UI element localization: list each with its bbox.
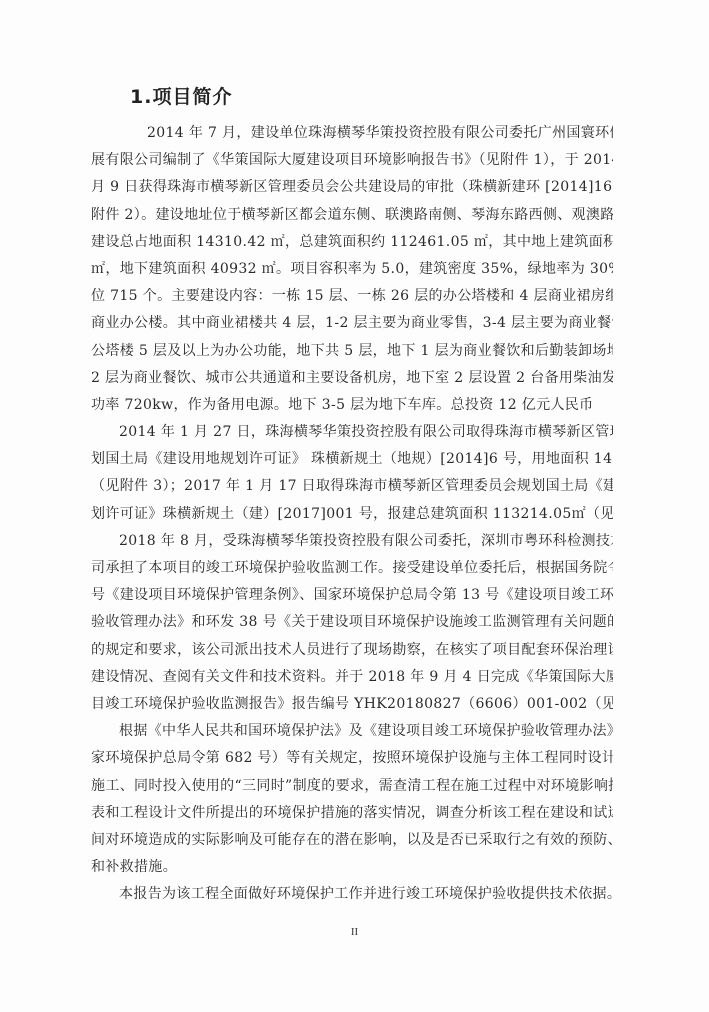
text-line: 建设情况、查阅有关文件和技术资料。并于 2018 年 9 月 4 日完成《华策国… [91,664,613,691]
text-line: 表和工程设计文件所提出的环境保护措施的落实情况，调查分析该工程在建设和试运行期 [91,800,613,827]
text-line: 划许可证》珠横新规土（建）[2017]001 号，报建总建筑面积 113214.… [91,501,613,528]
document-body: 2014 年 7 月，建设单位珠海横琴华策投资控股有限公司委托广州国寰环保科技发… [91,120,613,908]
text-line: 2014 年 7 月，建设单位珠海横琴华策投资控股有限公司委托广州国寰环保科技发 [91,120,613,147]
text-line: 家环境保护总局令第 682 号）等有关规定，按照环境保护设施与主体工程同时设计、… [91,745,613,772]
text-line: 2 层为商业餐饮、城市公共通道和主要设备机房，地下室 2 层设置 2 台备用柴油… [91,365,613,392]
text-line: 附件 2）。建设地址位于横琴新区都会道东侧、联澳路南侧、琴海东路西侧、观澳路北侧… [91,202,613,229]
text-line: 展有限公司编制了《华策国际大厦建设项目环境影响报告书》（见附件 1），于 201… [91,147,613,174]
text-line: 间对环境造成的实际影响及可能存在的潜在影响，以及是否已采取行之有效的预防、减缓 [91,827,613,854]
text-line: 功率 720kw，作为备用电源。地下 3-5 层为地下车库。总投资 12 亿元人… [91,392,613,419]
text-line: 司承担了本项目的竣工环境保护验收监测工作。接受建设单位委托后，根据国务院令第 2… [91,555,613,582]
text-line: 验收管理办法》和环发 38 号《关于建设项目环境保护设施竣工监测管理有关问题的通… [91,609,613,636]
paragraph-acceptance-monitoring: 2018 年 8 月，受珠海横琴华策投资控股有限公司委托，深圳市粤环科检测技术有… [91,528,613,718]
text-line: 本报告为该工程全面做好环境保护工作并进行竣工环境保护验收提供技术依据。 [91,881,613,908]
text-line: 目竣工环境保护验收监测报告》报告编号 YHK20180827（6606）001-… [91,691,613,718]
text-line: 建设总占地面积 14310.42 ㎡，总建筑面积约 112461.05 ㎡，其中… [91,229,613,256]
text-line: 施工、同时投入使用的“三同时”制度的要求，需查清工程在施工过程中对环境影响报告 [91,773,613,800]
text-line: （见附件 3）；2017 年 1 月 17 日取得珠海市横琴新区管理委员会规划国… [91,473,613,500]
page-number: II [0,926,709,938]
text-line: 2018 年 8 月，受珠海横琴华策投资控股有限公司委托，深圳市粤环科检测技术有… [91,528,613,555]
text-line: 划国土局《建设用地规划许可证》 珠横新规土（地规）[2014]6 号，用地面积 … [91,446,613,473]
text-line: 号《建设项目环境保护管理条例》、国家环境保护总局令第 13 号《建设项目竣工环境… [91,582,613,609]
paragraph-planning-permits: 2014 年 1 月 27 日，珠海横琴华策投资控股有限公司取得珠海市横琴新区管… [91,419,613,528]
text-line: 月 9 日获得珠海市横琴新区管理委员会公共建设局的审批（珠横新建环 [2014]… [91,174,613,201]
paragraph-report-purpose: 本报告为该工程全面做好环境保护工作并进行竣工环境保护验收提供技术依据。 [91,881,613,908]
text-line: ㎡，地下建筑面积 40932 ㎡。项目容积率为 5.0，建筑密度 35%，绿地率… [91,256,613,283]
text-line: 商业办公楼。其中商业裙楼共 4 层，1-2 层主要为商业零售，3-4 层主要为商… [91,310,613,337]
text-line: 和补救措施。 [91,854,613,881]
text-line: 的规定和要求，该公司派出技术人员进行了现场勘察，在核实了项目配套环保治理设施的 [91,637,613,664]
text-line: 公塔楼 5 层及以上为办公功能，地下共 5 层，地下 1 层为商业餐饮和后勤装卸… [91,338,613,365]
text-line: 2014 年 1 月 27 日，珠海横琴华策投资控股有限公司取得珠海市横琴新区管… [91,419,613,446]
text-line: 根据《中华人民共和国环境保护法》及《建设项目竣工环境保护验收管理办法》（国 [91,718,613,745]
section-title: 1.项目简介 [130,82,232,109]
document-page: 1.项目简介 2014 年 7 月，建设单位珠海横琴华策投资控股有限公司委托广州… [0,0,709,1012]
text-line: 位 715 个。主要建设内容：一栋 15 层、一栋 26 层的办公塔楼和 4 层… [91,283,613,310]
paragraph-project-overview: 2014 年 7 月，建设单位珠海横琴华策投资控股有限公司委托广州国寰环保科技发… [91,120,613,419]
paragraph-legal-basis: 根据《中华人民共和国环境保护法》及《建设项目竣工环境保护验收管理办法》（国 家环… [91,718,613,881]
